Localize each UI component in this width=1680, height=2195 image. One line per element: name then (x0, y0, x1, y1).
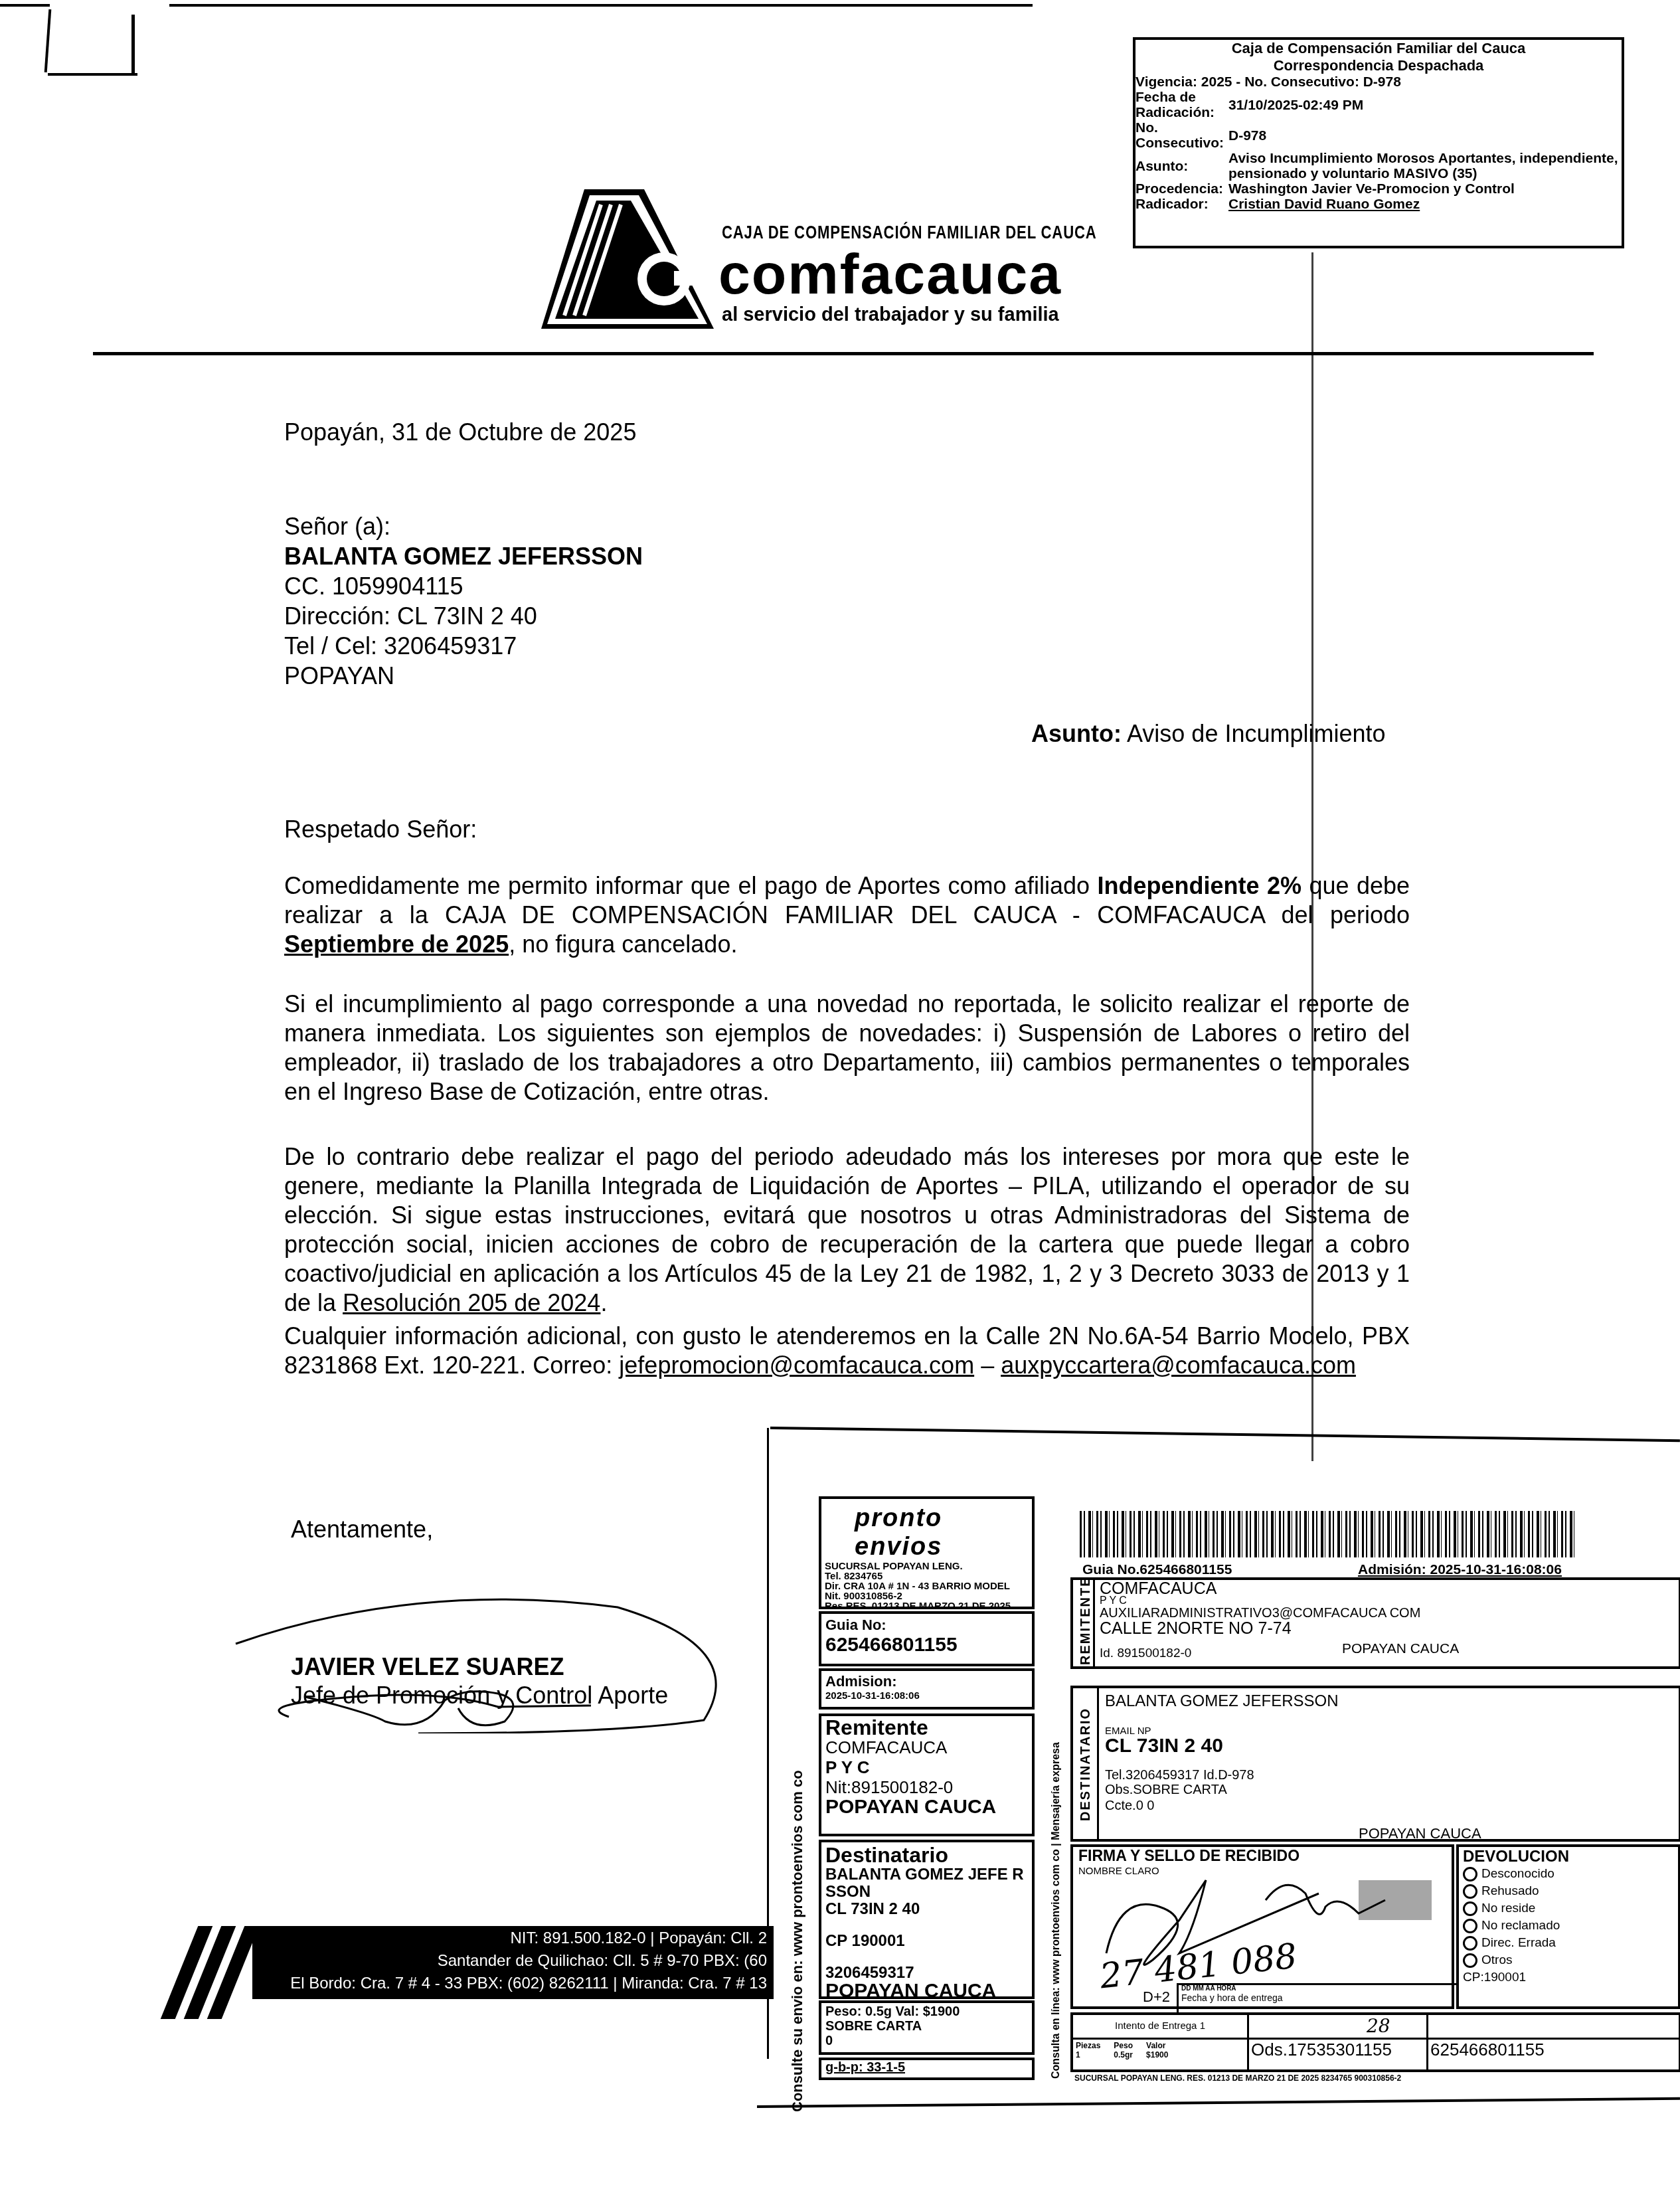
guia-line: Guia No.625466801155 (1082, 1562, 1232, 1578)
destinatario-cp: CP 190001 (825, 1933, 1028, 1950)
remitente-label: Remitente (825, 1717, 1028, 1737)
fecha-entrega-field: DD MM AA HORA Fecha y hora de entrega (1177, 1983, 1457, 2013)
summary-right-cell: 625466801155 (1426, 2015, 1679, 2069)
devolucion-label: DEVOLUCION (1463, 1848, 1674, 1866)
option-label: Rehusado (1481, 1884, 1539, 1898)
recipient-city: POPAYAN (284, 661, 394, 691)
handwritten-scribble (1426, 2015, 1679, 2040)
devolucion-box: DEVOLUCION Desconocido Rehusado No resid… (1456, 1844, 1680, 2009)
guia-number-right: 625466801155 (1426, 2040, 1679, 2060)
summary-middle-cell: 28 Ods.17535301155 (1247, 2015, 1428, 2069)
recipient-name: BALANTA GOMEZ JEFERSSON (284, 541, 643, 572)
footer-line-1: NIT: 891.500.182-0 | Popayán: Cll. 2 (511, 1929, 767, 1949)
fecha-cols: DD MM AA HORA (1181, 1985, 1457, 1992)
destinatario-box: Destinatario BALANTA GOMEZ JEFE RSSON CL… (819, 1840, 1035, 1999)
comfacauca-logo-icon (538, 186, 717, 332)
piezas-label: Piezas (1076, 2041, 1100, 2050)
scan-edge-line (169, 4, 1033, 7)
subject-value: Aviso de Incumplimiento (1127, 720, 1386, 747)
recipient-phone: Tel / Cel: 3206459317 (284, 631, 517, 661)
right-remitente-box: REMITENTE COMFACAUCA P Y C AUXILIARADMIN… (1070, 1577, 1680, 1669)
stamp-no-label: No. Consecutivo: (1135, 120, 1228, 151)
firma-label: FIRMA Y SELLO DE RECIBIDO (1078, 1847, 1300, 1865)
firma-box: FIRMA Y SELLO DE RECIBIDO NOMBRE CLARO 2… (1070, 1844, 1454, 2009)
stamp-fecha-value: 31/10/2025-02:49 PM (1228, 98, 1622, 113)
courier-res: Res RES. 01213 DE MARZO 21 DE 2025 (825, 1601, 1032, 1611)
subject-line: Asunto: Aviso de Incumplimiento (1031, 719, 1386, 749)
scan-edge-line (0, 4, 50, 7)
right-remitente-name: COMFACAUCA (1100, 1581, 1420, 1597)
admision-box: Admision: 2025-10-31-16:08:06 (819, 1668, 1035, 1710)
letter-date: Popayán, 31 de Octubre de 2025 (284, 417, 636, 448)
barcode (1080, 1511, 1578, 1557)
remitente-dept: P Y C (825, 1757, 1028, 1777)
devolucion-option[interactable]: No reclamado (1463, 1917, 1674, 1935)
summary-left-cell: Intento de Entrega 1 Piezas1 Peso0.5gr V… (1073, 2015, 1249, 2069)
destinatario-name: BALANTA GOMEZ JEFE RSSON (825, 1866, 1028, 1901)
stamp-vigencia: Vigencia: 2025 - No. Consecutivo: D-978 (1135, 74, 1622, 90)
right-destinatario-obs: Obs.SOBRE CARTA (1105, 1783, 1339, 1797)
paragraph-4: Cualquier información adicional, con gus… (284, 1322, 1410, 1380)
guide-bottom-line: SUCURSAL POPAYAN LENG. RES. 01213 DE MAR… (1074, 2073, 1401, 2083)
devolucion-option[interactable]: Direc. Errada (1463, 1935, 1674, 1952)
stamp-title: Correspondencia Despachada (1135, 57, 1622, 74)
logo-brand: comfacauca (718, 244, 1062, 304)
recipient-cc: CC. 1059904115 (284, 571, 463, 602)
option-label: No reclamado (1481, 1919, 1560, 1933)
right-remitente-dept: P Y C (1100, 1597, 1420, 1606)
right-remitente-address: CALLE 2NORTE NO 7-74 (1100, 1621, 1420, 1636)
destinatario-address: CL 73IN 2 40 (825, 1901, 1028, 1918)
greeting: Respetado Señor: (284, 814, 477, 845)
signer-title: Jefe de Promoción y Control Aporte (291, 1680, 668, 1711)
stamp-fecha-label: Fecha de Radicación: (1135, 90, 1228, 120)
peso-line: Peso: 0.5g Val: $1900 (825, 2004, 1028, 2019)
p1-period: Septiembre de 2025 (284, 930, 509, 958)
tab-divider (1097, 1688, 1099, 1839)
radio-icon (1463, 1936, 1477, 1951)
subject-label: Asunto: (1031, 720, 1122, 747)
fecha-entrega-label: Fecha y hora de entrega (1181, 1992, 1457, 2003)
stamp-org: Caja de Compensación Familiar del Cauca (1135, 40, 1622, 57)
remitente-name: COMFACAUCA (825, 1737, 1028, 1757)
destinatario-tab: DESTINATARIO (1078, 1708, 1094, 1821)
contenido: SOBRE CARTA (825, 2019, 1028, 2034)
right-destinatario-tel: Tel.3206459317 Id.D-978 (1105, 1768, 1339, 1783)
valor-label: Valor (1146, 2041, 1168, 2050)
right-remitente-city: POPAYAN CAUCA (1342, 1641, 1459, 1657)
stamp-procedencia-value: Washington Javier Ve-Promocion y Control (1228, 181, 1622, 197)
right-destinatario-ccte: Ccte.0 0 (1105, 1797, 1339, 1814)
footer-line-3: El Bordo: Cra. 7 # 4 - 33 PBX: (602) 826… (290, 1974, 767, 1994)
option-label: No reside (1481, 1901, 1535, 1915)
devolucion-option[interactable]: Rehusado (1463, 1883, 1674, 1900)
guide-edge (767, 1428, 769, 2059)
right-destinatario-address: CL 73IN 2 40 (1105, 1736, 1339, 1756)
devolucion-option[interactable]: Otros (1463, 1952, 1674, 1969)
devolucion-cp: CP:190001 (1463, 1969, 1674, 1986)
guide-edge (757, 2097, 1680, 2108)
remitente-tab: REMITENTE (1078, 1576, 1094, 1665)
radio-icon (1463, 1901, 1477, 1916)
email-link-jefepromocion[interactable]: jefepromocion@comfacauca.com (619, 1352, 974, 1379)
stamp-radicador-value: Cristian David Ruano Gomez (1228, 197, 1622, 212)
radication-stamp: Caja de Compensación Familiar del Cauca … (1133, 37, 1624, 248)
p1-text-c: , no figura cancelado. (509, 930, 737, 958)
scan-mark (48, 73, 137, 76)
courier-dir: Dir. CRA 10A # 1N - 43 BARRIO MODEL (825, 1581, 1032, 1591)
signer-name: JAVIER VELEZ SUAREZ (291, 1652, 564, 1682)
p3-end: . (600, 1289, 607, 1316)
paragraph-3: De lo contrario debe realizar el pago de… (284, 1142, 1410, 1318)
peso-label: Peso (1114, 2041, 1133, 2050)
devolucion-option[interactable]: Desconocido (1463, 1866, 1674, 1883)
paragraph-1: Comedidamente me permito informar que el… (284, 871, 1410, 959)
gbp-code: g-b-p: 33-1-5 (825, 2060, 1028, 2075)
admision-line: Admisión: 2025-10-31-16:08:06 (1358, 1562, 1562, 1578)
paragraph-2: Si el incumplimiento al pago corresponde… (284, 990, 1410, 1106)
email-link-auxpyccartera[interactable]: auxpyccartera@comfacauca.com (1001, 1352, 1356, 1379)
radio-icon (1463, 1884, 1477, 1899)
destinatario-label: Destinatario (825, 1844, 1028, 1866)
guide-left-vertical-note: Consulte su envio en: www prontoenvios c… (789, 1770, 806, 2112)
peso-value: 0.5gr (1114, 2050, 1133, 2060)
option-label: Otros (1481, 1953, 1512, 1967)
header-divider (93, 352, 1594, 355)
delivery-summary-box: Intento de Entrega 1 Piezas1 Peso0.5gr V… (1070, 2012, 1680, 2072)
guia-label: Guia No: (825, 1617, 1028, 1634)
recipient-address: Dirección: CL 73IN 2 40 (284, 601, 537, 632)
handwritten-date: 28 (1247, 2015, 1426, 2040)
logo-org-name: CAJA DE COMPENSACIÓN FAMILIAR DEL CAUCA (722, 222, 1097, 243)
tab-divider (1093, 1580, 1095, 1666)
courier-nit: Nit. 900310856-2 (825, 1591, 1032, 1601)
option-label: Desconocido (1481, 1867, 1554, 1881)
courier-tel: Tel. 8234765 (825, 1571, 1032, 1581)
remitente-city: POPAYAN CAUCA (825, 1797, 1028, 1817)
stamp-procedencia-label: Procedencia: (1135, 181, 1228, 197)
contenido-extra: 0 (825, 2034, 1028, 2048)
destinatario-city: POPAYAN CAUCA (825, 1982, 1028, 2000)
guide-right-vertical-note: Consulta en línea: www prontoenvios com … (1050, 1742, 1062, 2079)
ods-number: Ods.17535301155 (1247, 2040, 1426, 2060)
intento-label: Intento de Entrega 1 (1073, 2015, 1247, 2040)
footer-contact-band: NIT: 891.500.182-0 | Popayán: Cll. 2 San… (252, 1926, 774, 1999)
admision-label: Admision: (825, 1673, 1028, 1690)
stamp-asunto-value: Aviso Incumplimiento Morosos Aportantes,… (1228, 151, 1622, 181)
right-destinatario-name: BALANTA GOMEZ JEFERSSON (1105, 1694, 1339, 1710)
stamp-asunto-label: Asunto: (1135, 159, 1228, 174)
p4-separator: – (974, 1352, 1001, 1379)
right-destinatario-box: DESTINATARIO BALANTA GOMEZ JEFERSSON EMA… (1070, 1686, 1680, 1842)
logo-tagline: al servicio del trabajador y su familia (722, 304, 1059, 326)
footer-line-2: Santander de Quilichao: Cll. 5 # 9-70 PB… (438, 1951, 767, 1971)
p1-text-a: Comedidamente me permito informar que el… (284, 872, 1097, 899)
scan-mark (44, 9, 52, 72)
radio-icon (1463, 1953, 1477, 1968)
valor-value: $1900 (1146, 2050, 1168, 2060)
courier-header-box: pronto envios SUCURSAL POPAYAN LENG. Tel… (819, 1496, 1035, 1609)
peso-box: Peso: 0.5g Val: $1900 SOBRE CARTA 0 (819, 2000, 1035, 2055)
scan-mark (131, 15, 135, 74)
remitente-box: Remitente COMFACAUCA P Y C Nit:891500182… (819, 1713, 1035, 1836)
closing: Atentamente, (291, 1514, 433, 1545)
p3-resolution-ref: Resolución 205 de 2024 (343, 1289, 600, 1316)
remitente-nit: Nit:891500182-0 (825, 1777, 1028, 1797)
courier-logo: pronto envios (821, 1499, 1032, 1561)
admision-value: 2025-10-31-16:08:06 (825, 1690, 1028, 1702)
salutation-prefix: Señor (a): (284, 511, 390, 542)
guia-box: Guia No: 625466801155 (819, 1611, 1035, 1666)
stamp-radicador-label: Radicador: (1135, 197, 1228, 212)
p1-affiliation-type: Independiente 2% (1097, 872, 1302, 899)
devolucion-option[interactable]: No reside (1463, 1900, 1674, 1917)
d-plus-label: D+2 (1143, 1988, 1170, 2006)
right-destinatario-city: POPAYAN CAUCA (1359, 1825, 1481, 1842)
guia-number: 625466801155 (825, 1634, 1028, 1656)
courier-branch: SUCURSAL POPAYAN LENG. (825, 1561, 1032, 1571)
guide-edge (770, 1427, 1680, 1442)
radio-icon (1463, 1919, 1477, 1933)
radio-icon (1463, 1867, 1477, 1882)
option-label: Direc. Errada (1481, 1936, 1556, 1950)
stamp-no-value: D-978 (1228, 128, 1622, 143)
piezas-value: 1 (1076, 2050, 1100, 2060)
gbp-box: g-b-p: 33-1-5 (819, 2058, 1035, 2080)
